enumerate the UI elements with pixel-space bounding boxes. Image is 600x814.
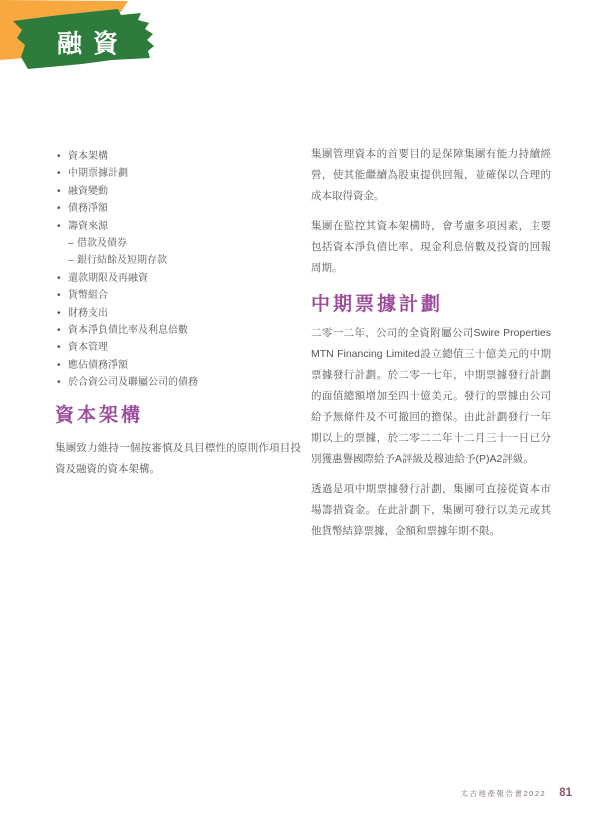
toc-item-label: 資本架構 [68, 148, 108, 165]
section-banner: 融資 [0, 0, 190, 84]
right-column: 集團管理資本的首要目的是保障集團有能力持續經營，使其能繼續為股東提供回報，並確保… [311, 144, 551, 551]
toc-item: •還款期限及再融資 [57, 270, 299, 287]
toc-item-label: 還款期限及再融資 [68, 270, 148, 287]
toc-item: •中期票據計劃 [57, 165, 299, 182]
toc-item-label: 債務淨額 [68, 200, 108, 217]
capital-structure-section: 資本架構 集團致力維持一個按審慎及具目標性的原則作項目投資及融資的資本架構。 [55, 400, 301, 480]
toc-item: •籌資來源 [57, 218, 299, 235]
footer-page-number: 81 [559, 787, 572, 799]
dash-marker: – [68, 235, 77, 252]
bullet-marker: • [57, 165, 68, 182]
mtn-programme-paragraph-2: 透過是項中期票據發行計劃，集團可直接從資本市場籌措資金。在此計劃下，集團可發行以… [311, 479, 551, 542]
toc-subitem: –銀行結餘及短期存款 [57, 252, 299, 269]
capital-structure-body: 集團致力維持一個按審慎及具目標性的原則作項目投資及融資的資本架構。 [55, 438, 301, 480]
toc-item: •債務淨額 [57, 200, 299, 217]
toc-item-label: 銀行結餘及短期存款 [77, 252, 167, 269]
capital-overview-paragraph-2: 集團在監控其資本架構時，會考慮多項因素，主要包括資本淨負債比率、現金利息倍數及投… [311, 216, 551, 279]
mtn-programme-paragraph-1: 二零一二年，公司的全資附屬公司Swire Properties MTN Fina… [311, 323, 551, 470]
toc-item: •融資變動 [57, 183, 299, 200]
toc-item: •資本管理 [57, 339, 299, 356]
bullet-marker: • [57, 183, 68, 200]
footer-doc-title: 太古地產報告書2022 [461, 788, 547, 799]
toc-item-label: 借款及債券 [77, 235, 127, 252]
bullet-marker: • [57, 287, 68, 304]
toc-item-label: 籌資來源 [68, 218, 108, 235]
toc-item: •於合資公司及聯屬公司的債務 [57, 374, 299, 391]
bullet-marker: • [57, 270, 68, 287]
bullet-marker: • [57, 339, 68, 356]
toc-item-label: 貨幣組合 [68, 287, 108, 304]
toc-item: •財務支出 [57, 305, 299, 322]
toc-item-label: 應佔債務淨額 [68, 357, 128, 374]
bullet-marker: • [57, 357, 68, 374]
document-page: 融資 •資本架構•中期票據計劃•融資變動•債務淨額•籌資來源–借款及債券–銀行結… [0, 0, 600, 814]
bullet-marker: • [57, 305, 68, 322]
bullet-marker: • [57, 322, 68, 339]
toc-item-label: 融資變動 [68, 183, 108, 200]
capital-structure-heading: 資本架構 [55, 400, 301, 427]
toc-item: •資本架構 [57, 148, 299, 165]
toc-item-label: 於合資公司及聯屬公司的債務 [68, 374, 198, 391]
mtn-programme-heading: 中期票據計劃 [311, 289, 551, 316]
bullet-marker: • [57, 200, 68, 217]
bullet-marker: • [57, 218, 68, 235]
page-title: 融資 [57, 24, 129, 60]
toc-subitem: –借款及債券 [57, 235, 299, 252]
bullet-marker: • [57, 148, 68, 165]
toc-item-label: 中期票據計劃 [68, 165, 128, 182]
toc-item: •應佔債務淨額 [57, 357, 299, 374]
toc-item-label: 資本淨負債比率及利息倍數 [68, 322, 188, 339]
capital-overview-paragraph-1: 集團管理資本的首要目的是保障集團有能力持續經營，使其能繼續為股東提供回報，並確保… [311, 144, 551, 207]
dash-marker: – [68, 252, 77, 269]
toc-item-label: 資本管理 [68, 339, 108, 356]
page-footer: 太古地產報告書2022 81 [461, 787, 572, 799]
toc-item: •貨幣組合 [57, 287, 299, 304]
toc-item-label: 財務支出 [68, 305, 108, 322]
toc-item: •資本淨負債比率及利息倍數 [57, 322, 299, 339]
toc-list: •資本架構•中期票據計劃•融資變動•債務淨額•籌資來源–借款及債券–銀行結餘及短… [57, 148, 299, 392]
bullet-marker: • [57, 374, 68, 391]
